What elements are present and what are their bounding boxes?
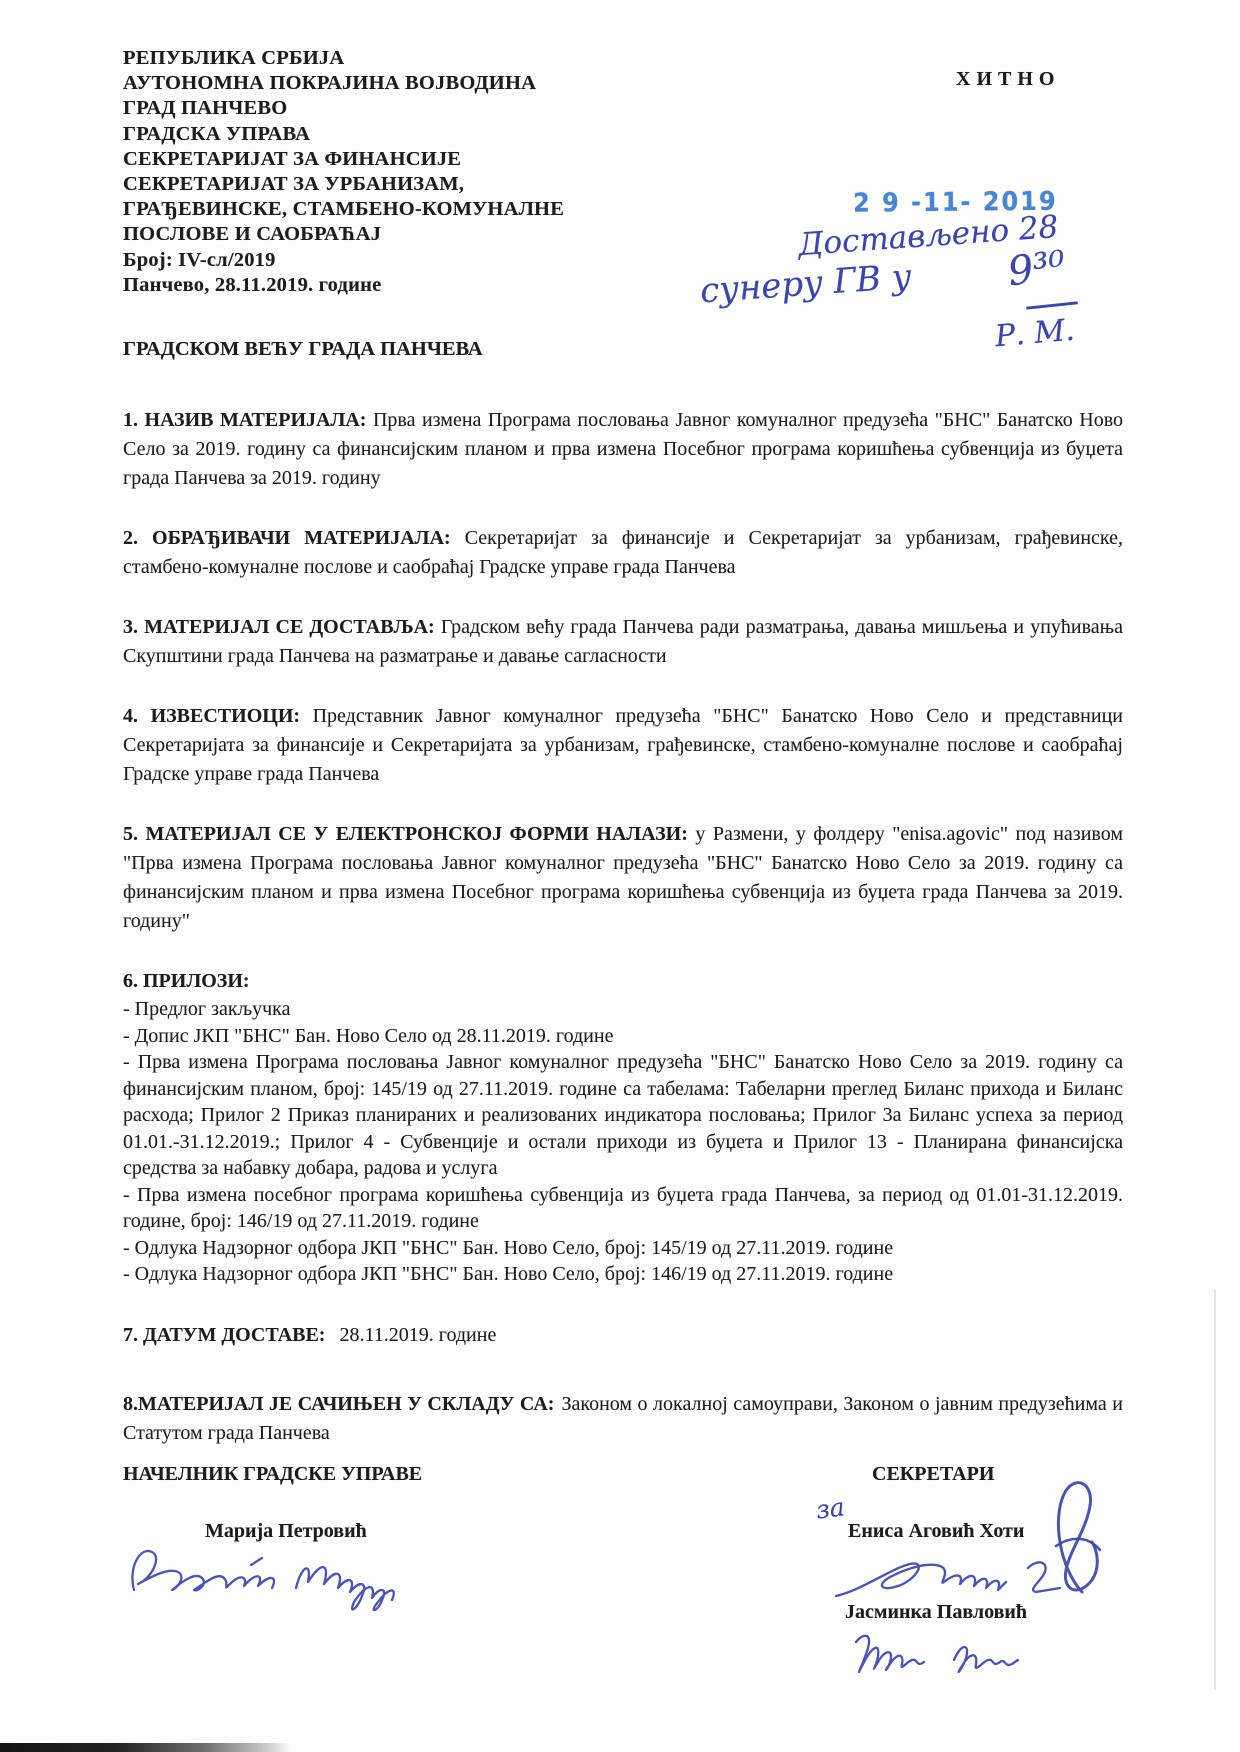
letterhead-line: СЕКРЕТАРИЈАТ ЗА УРБАНИЗАМ,: [123, 172, 1123, 197]
section-8: 8.МАТЕРИЈАЛ ЈЕ САЧИЊЕН У СКЛАДУ СА:Закон…: [123, 1390, 1123, 1448]
signer-right-name-1: Ениса Аговић Хоти: [848, 1520, 1024, 1543]
document-date: Панчево, 28.11.2019. године: [123, 273, 1123, 298]
section-4-label: 4. ИЗВЕСТИОЦИ:: [123, 705, 300, 727]
document-number: Број: IV-сл/2019: [123, 248, 1123, 273]
attachments-list: - Предлог закључка - Допис ЈКП "БНС" Бан…: [123, 996, 1123, 1288]
document-body: РЕПУБЛИКА СРБИЈА АУТОНОМНА ПОКРАЈИНА ВОЈ…: [123, 46, 1123, 1448]
attachment-item: - Предлог закључка: [123, 996, 1123, 1023]
signature-jasminka-pavlovic: [846, 1626, 1046, 1688]
signature-enisa-agovic: [832, 1546, 1070, 1604]
signer-right-title: СЕКРЕТАРИ: [872, 1463, 994, 1486]
section-6-label: 6. ПРИЛОЗИ:: [123, 970, 250, 992]
attachment-item: - Одлука Надзорног одбора ЈКП "БНС" Бан.…: [123, 1235, 1123, 1262]
letterhead-line: АУТОНОМНА ПОКРАЈИНА ВОЈВОДИНА: [123, 71, 1123, 96]
attachment-item: - Допис ЈКП "БНС" Бан. Ново Село од 28.1…: [123, 1023, 1123, 1050]
letterhead-line: ГРАЂЕВИНСКЕ, СТАМБЕНО-КОМУНАЛНЕ: [123, 197, 1123, 222]
section-1-label: 1. НАЗИВ МАТЕРИЈАЛА:: [123, 409, 366, 431]
scan-streak-artifact: [1214, 1290, 1216, 1690]
attachment-item: - Одлука Надзорног одбора ЈКП "БНС" Бан.…: [123, 1261, 1123, 1288]
section-2-label: 2. ОБРАЂИВАЧИ МАТЕРИЈАЛА:: [123, 527, 451, 549]
section-6: 6. ПРИЛОЗИ:: [123, 967, 1123, 996]
letterhead-line: СЕКРЕТАРИЈАТ ЗА ФИНАНСИЈЕ: [123, 147, 1123, 172]
scan-edge-artifact: [0, 1743, 292, 1752]
attachment-item: - Прва измена посебног програма коришћењ…: [123, 1182, 1123, 1235]
signer-right-name-2: Јасминка Павловић: [845, 1601, 1027, 1624]
letterhead-line: ГРАД ПАНЧЕВО: [123, 96, 1123, 121]
attachment-item: - Прва измена Програма пословања Јавног …: [123, 1049, 1123, 1182]
section-7: 7. ДАТУМ ДОСТАВЕ:28.11.2019. године: [123, 1321, 1123, 1350]
section-1: 1. НАЗИВ МАТЕРИЈАЛА: Прва измена Програм…: [123, 406, 1123, 493]
section-5-label: 5. МАТЕРИЈАЛ СЕ У ЕЛЕКТРОНСКОЈ ФОРМИ НАЛ…: [123, 823, 688, 845]
section-3: 3. МАТЕРИЈАЛ СЕ ДОСТАВЉА: Градском већу …: [123, 613, 1123, 671]
signer-left-title: НАЧЕЛНИК ГРАДСКЕ УПРАВЕ: [123, 1463, 422, 1486]
section-8-label: 8.МАТЕРИЈАЛ ЈЕ САЧИЊЕН У СКЛАДУ СА:: [123, 1393, 554, 1415]
document-page: ХИТНО 2 9 -11- 2019 Достављено 28 сунеру…: [0, 0, 1240, 1752]
handwritten-za: за: [814, 1492, 846, 1524]
addressee: ГРАДСКОМ ВЕЋУ ГРАДА ПАНЧЕВА: [123, 338, 1123, 361]
section-2: 2. ОБРАЂИВАЧИ МАТЕРИЈАЛА: Секретаријат з…: [123, 524, 1123, 582]
section-5: 5. МАТЕРИЈАЛ СЕ У ЕЛЕКТРОНСКОЈ ФОРМИ НАЛ…: [123, 820, 1123, 936]
letterhead-line: ПОСЛОВЕ И САОБРАЋАЈ: [123, 222, 1123, 247]
signature-marija-petrovic: [126, 1538, 426, 1616]
section-7-label: 7. ДАТУМ ДОСТАВЕ:: [123, 1324, 325, 1346]
letterhead-line: РЕПУБЛИКА СРБИЈА: [123, 46, 1123, 71]
section-4: 4. ИЗВЕСТИОЦИ: Представник Јавног комуна…: [123, 702, 1123, 789]
letterhead: РЕПУБЛИКА СРБИЈА АУТОНОМНА ПОКРАЈИНА ВОЈ…: [123, 46, 1123, 298]
section-7-text: 28.11.2019. године: [339, 1324, 496, 1346]
section-3-label: 3. МАТЕРИЈАЛ СЕ ДОСТАВЉА:: [123, 616, 435, 638]
letterhead-line: ГРАДСКА УПРАВА: [123, 122, 1123, 147]
